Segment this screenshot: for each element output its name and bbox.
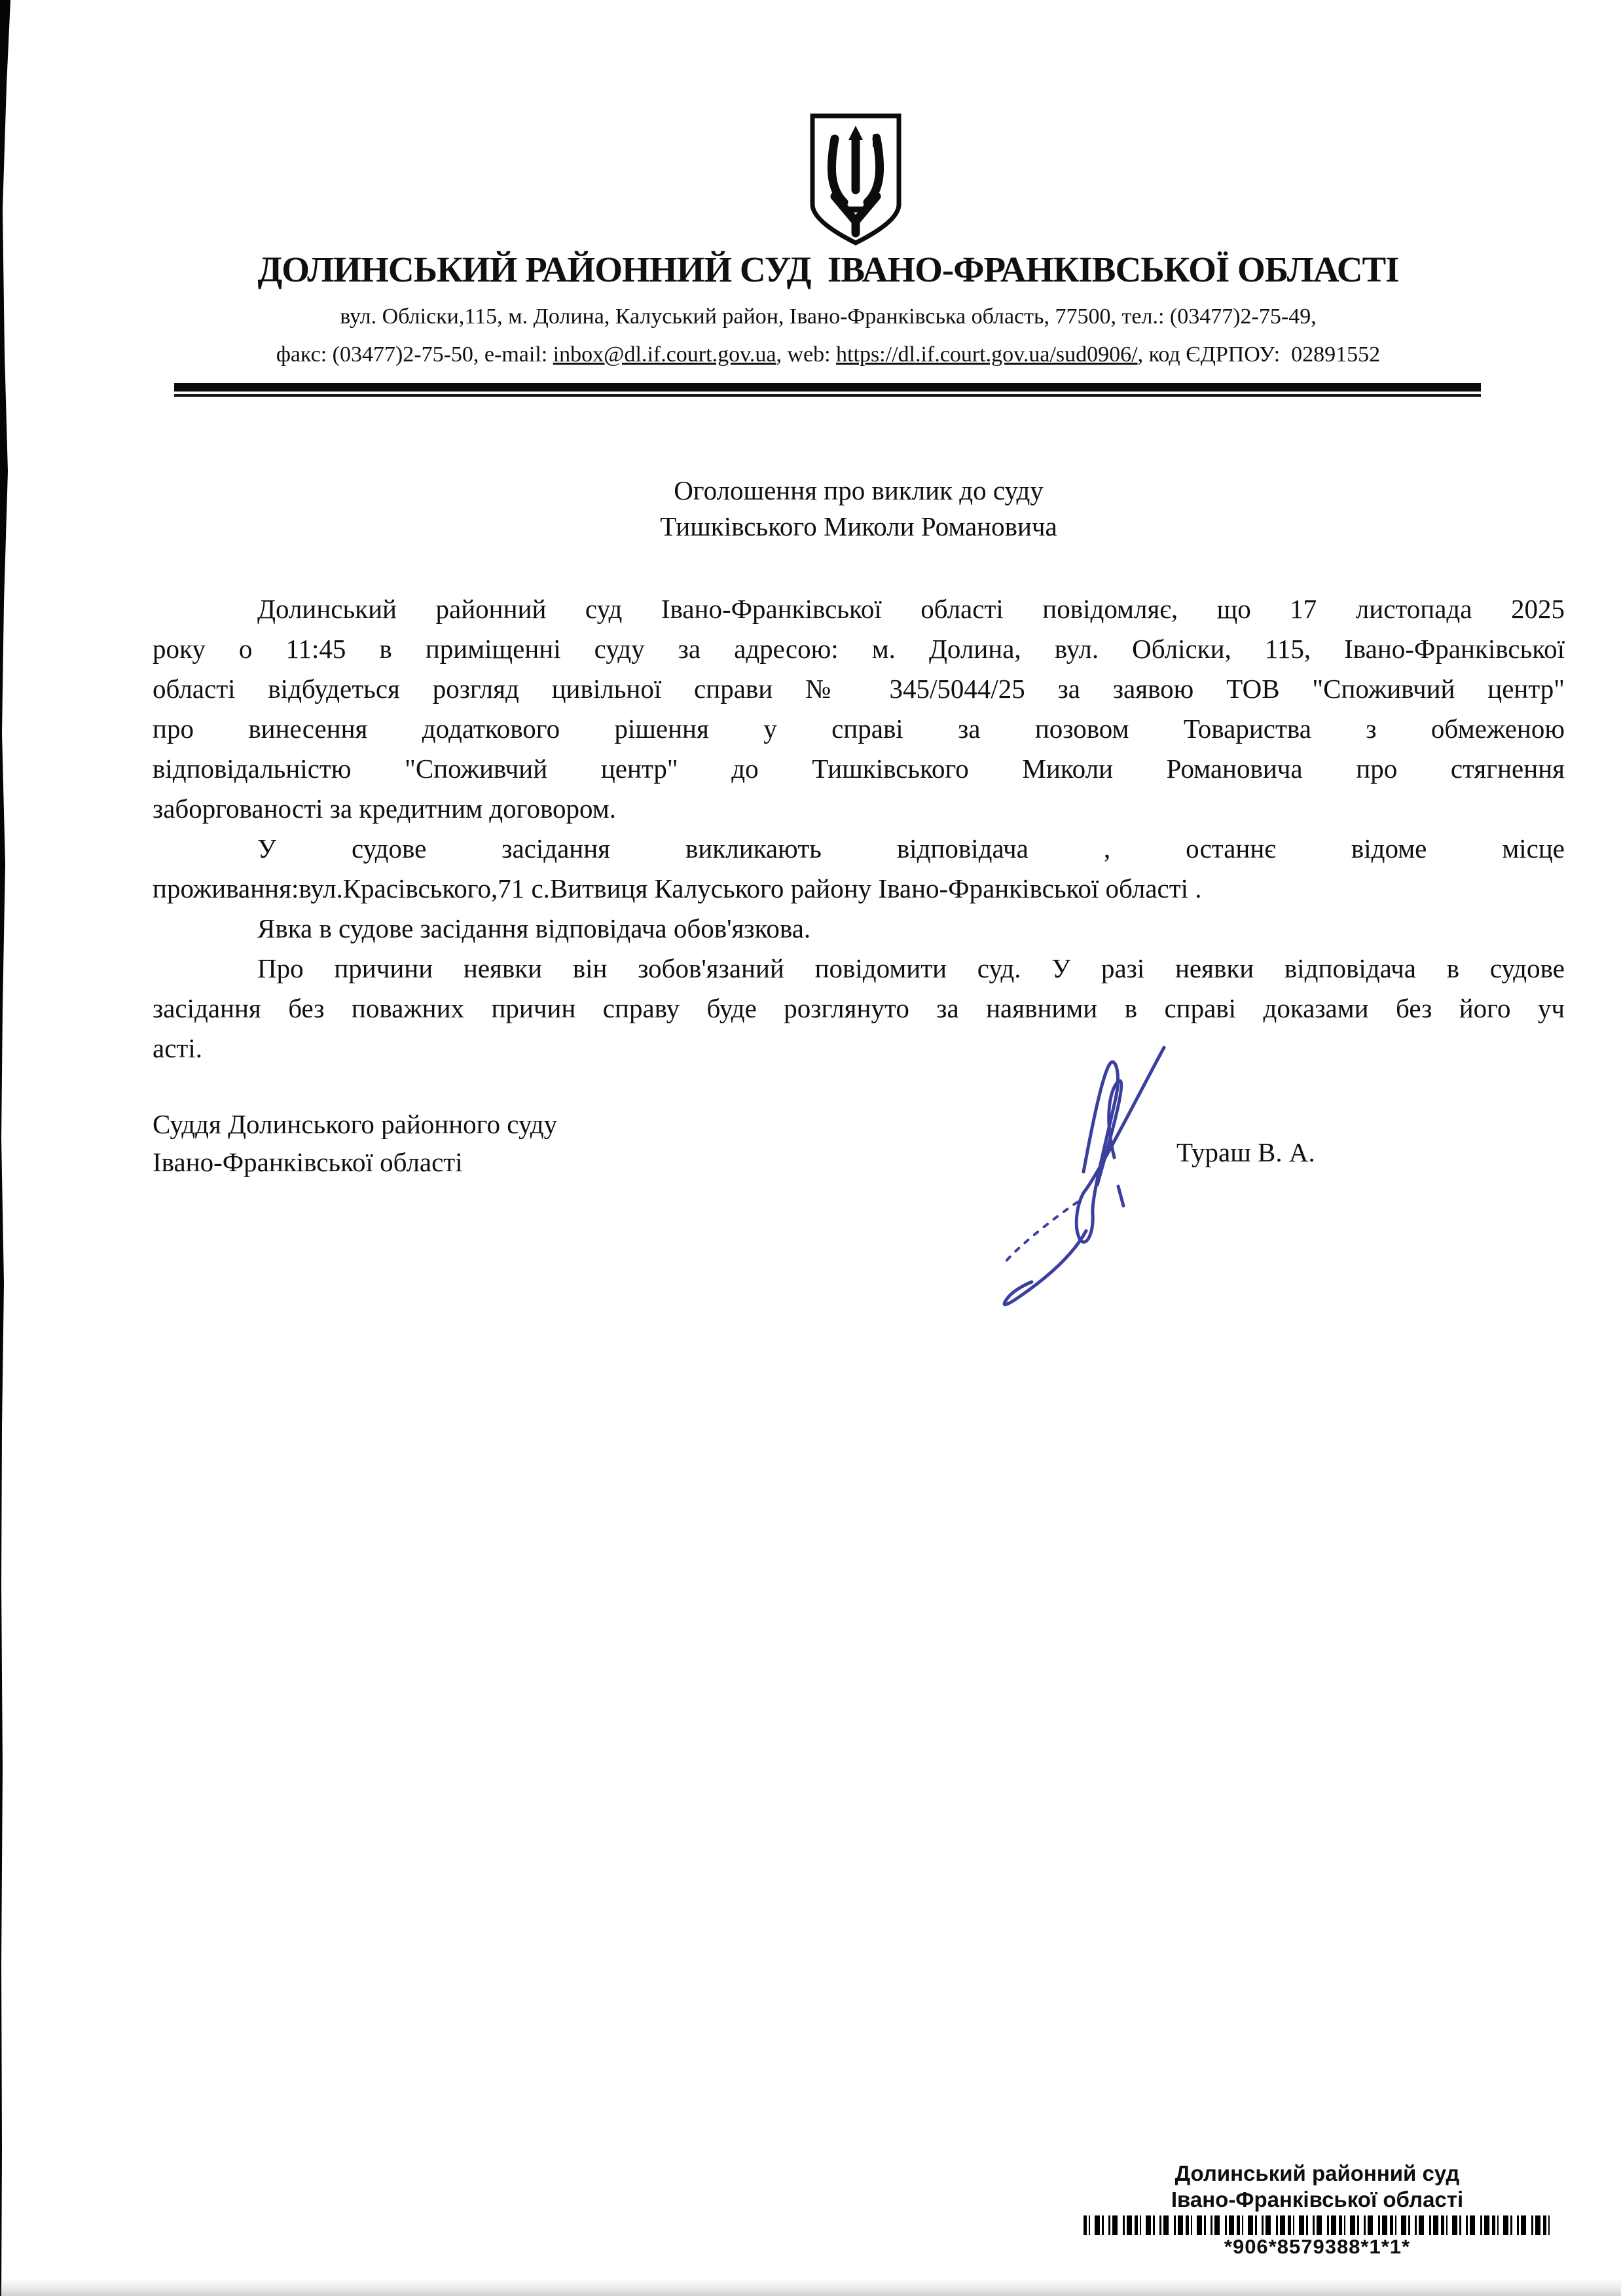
judge-title-line1: Суддя Долинського районного суду [153,1105,557,1143]
header-divider-thin [174,394,1481,397]
body-line: Явка в судове засідання відповідача обов… [153,909,1565,949]
document-body: Долинський районний суд Івано-Франківськ… [153,589,1565,1068]
body-line: засідання без поважних причин справу буд… [153,989,1565,1029]
contacts-mid: , web: [776,342,836,367]
body-line: У судове засідання викликають відповідач… [153,829,1565,869]
court-email: inbox@dl.if.court.gov.ua [553,342,776,367]
body-line: заборгованості за кредитним договором. [153,789,1565,829]
court-contacts-line: факс: (03477)2-75-50, e-mail: inbox@dl.i… [167,340,1489,369]
body-line: року о 11:45 в приміщенні суду за адресо… [153,629,1565,669]
document-title-line1: Оголошення про виклик до суду [153,473,1565,509]
barcode-value: *906*8579388*1*1* [1080,2235,1554,2259]
court-name-title: ДОЛИНСЬКИЙ РАЙОННИЙ СУД ІВАНО-ФРАНКІВСЬК… [167,250,1489,289]
body-line: відповідальністю "Споживчий центр" до Ти… [153,749,1565,789]
body-line: Про причини неявки він зобов'язаний пові… [153,949,1565,989]
body-line: проживання:вул.Красівського,71 с.Витвиця… [153,869,1565,909]
ukraine-trident-shield-icon [807,113,904,246]
scan-bottom-artifact [0,2279,1621,2296]
body-line: області відбудеться розгляд цивільної сп… [153,669,1565,709]
court-address-line: вул. Обліски,115, м. Долина, Калуський р… [167,302,1489,331]
header-divider-thick [174,383,1481,392]
body-line: асті. [153,1029,1565,1068]
judge-name: Тураш В. А. [1176,1137,1315,1168]
judge-title-line2: Івано-Франківської області [153,1143,557,1181]
document-title: Оголошення про виклик до суду Тишківсько… [153,473,1565,545]
body-line: про винесення додаткового рішення у спра… [153,709,1565,749]
code39-barcode-icon [1084,2215,1551,2235]
footer-court-line2: Івано-Франківської області [1080,2187,1554,2213]
body-line: Долинський районний суд Івано-Франківськ… [153,589,1565,629]
scan-edge-artifact [0,0,13,2296]
court-summons-document: ДОЛИНСЬКИЙ РАЙОННИЙ СУД ІВАНО-ФРАНКІВСЬК… [0,0,1621,2296]
contacts-prefix: факс: (03477)2-75-50, e-mail: [276,342,553,367]
footer-court-line1: Долинський районний суд [1080,2160,1554,2187]
footer-barcode-block: Долинський районний суд Івано-Франківськ… [1080,2160,1554,2259]
judge-title-block: Суддя Долинського районного суду Івано-Ф… [153,1105,557,1181]
document-title-line2: Тишківського Миколи Романовича [153,509,1565,545]
contacts-suffix: , код ЄДРПОУ: 02891552 [1138,342,1381,367]
handwritten-signature-icon [943,1021,1218,1336]
court-website: https://dl.if.court.gov.ua/sud0906/ [836,342,1138,367]
